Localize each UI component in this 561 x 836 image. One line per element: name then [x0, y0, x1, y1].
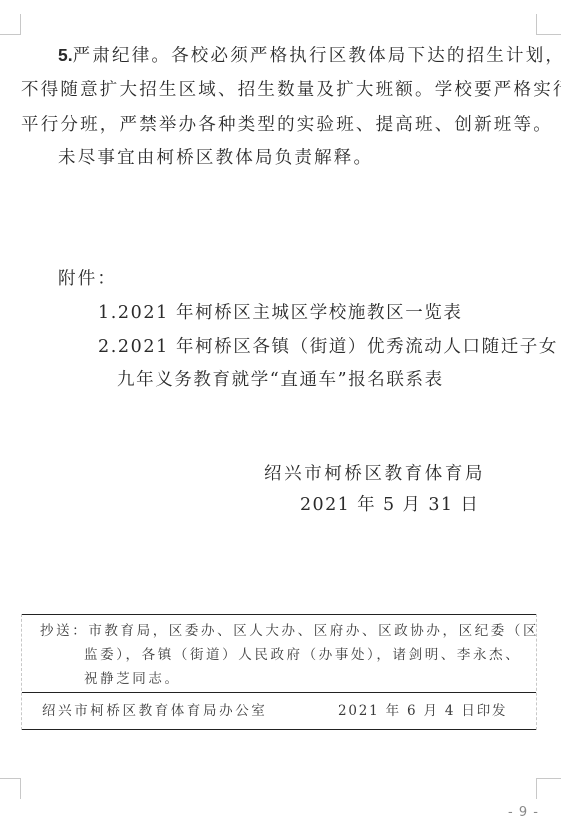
issue-date: 2021 年 6 月 4 日印发: [338, 702, 507, 720]
corner-mark-bottom-right: [536, 778, 561, 799]
corner-mark-bottom-left: [0, 778, 21, 799]
item-5-line-1: 5.严肃纪律。各校必须严格执行区教体局下达的招生计划，: [58, 44, 561, 67]
cc-label: 抄送：: [40, 623, 88, 639]
item-5-text: 各校必须严格执行区教体局下达的招生计划，: [171, 46, 561, 66]
attachments-title: 附件：: [58, 268, 117, 290]
table-left-dashed-border: [21, 614, 22, 730]
cc-line-2: 监委），各镇（街道）人民政府（办事处），诸剑明、李永杰、: [84, 646, 521, 664]
closing-paragraph: 未尽事宜由柯桥区教体局负责解释。: [58, 147, 373, 169]
table-bottom-rule: [22, 729, 536, 730]
attachment-item-2: 2.2021 年柯桥区各镇（街道）优秀流动人口随迁子女: [98, 336, 558, 358]
item-5-number: 5.: [58, 45, 73, 65]
corner-mark-top-right: [536, 14, 561, 35]
corner-mark-top-left: [0, 14, 21, 35]
signature-organization: 绍兴市柯桥区教育体育局: [264, 463, 485, 485]
attachment-item-1: 1.2021 年柯桥区主城区学校施教区一览表: [98, 302, 463, 324]
cc-recipients-1: 市教育局，区委办、区人大办、区府办、区政协办，区纪委（区: [88, 623, 539, 639]
page-number: - 9 -: [508, 805, 539, 820]
issuing-office: 绍兴市柯桥区教育体育局办公室: [42, 702, 267, 720]
item-5-line-3: 平行分班，严禁举办各种类型的实验班、提高班、创新班等。: [21, 114, 553, 136]
attachment-item-2-continuation: 九年义务教育就学“直通车”报名联系表: [117, 369, 444, 391]
table-top-rule: [22, 614, 536, 615]
item-5-heading: 严肃纪律。: [73, 46, 172, 66]
table-middle-rule: [22, 692, 536, 693]
signature-date: 2021 年 5 月 31 日: [300, 494, 479, 516]
item-5-line-2: 不得随意扩大招生区域、招生数量及扩大班额。学校要严格实行: [21, 79, 561, 101]
cc-line-1: 抄送：市教育局，区委办、区人大办、区府办、区政协办，区纪委（区: [40, 622, 539, 640]
cc-line-3: 祝静芝同志。: [84, 670, 181, 688]
